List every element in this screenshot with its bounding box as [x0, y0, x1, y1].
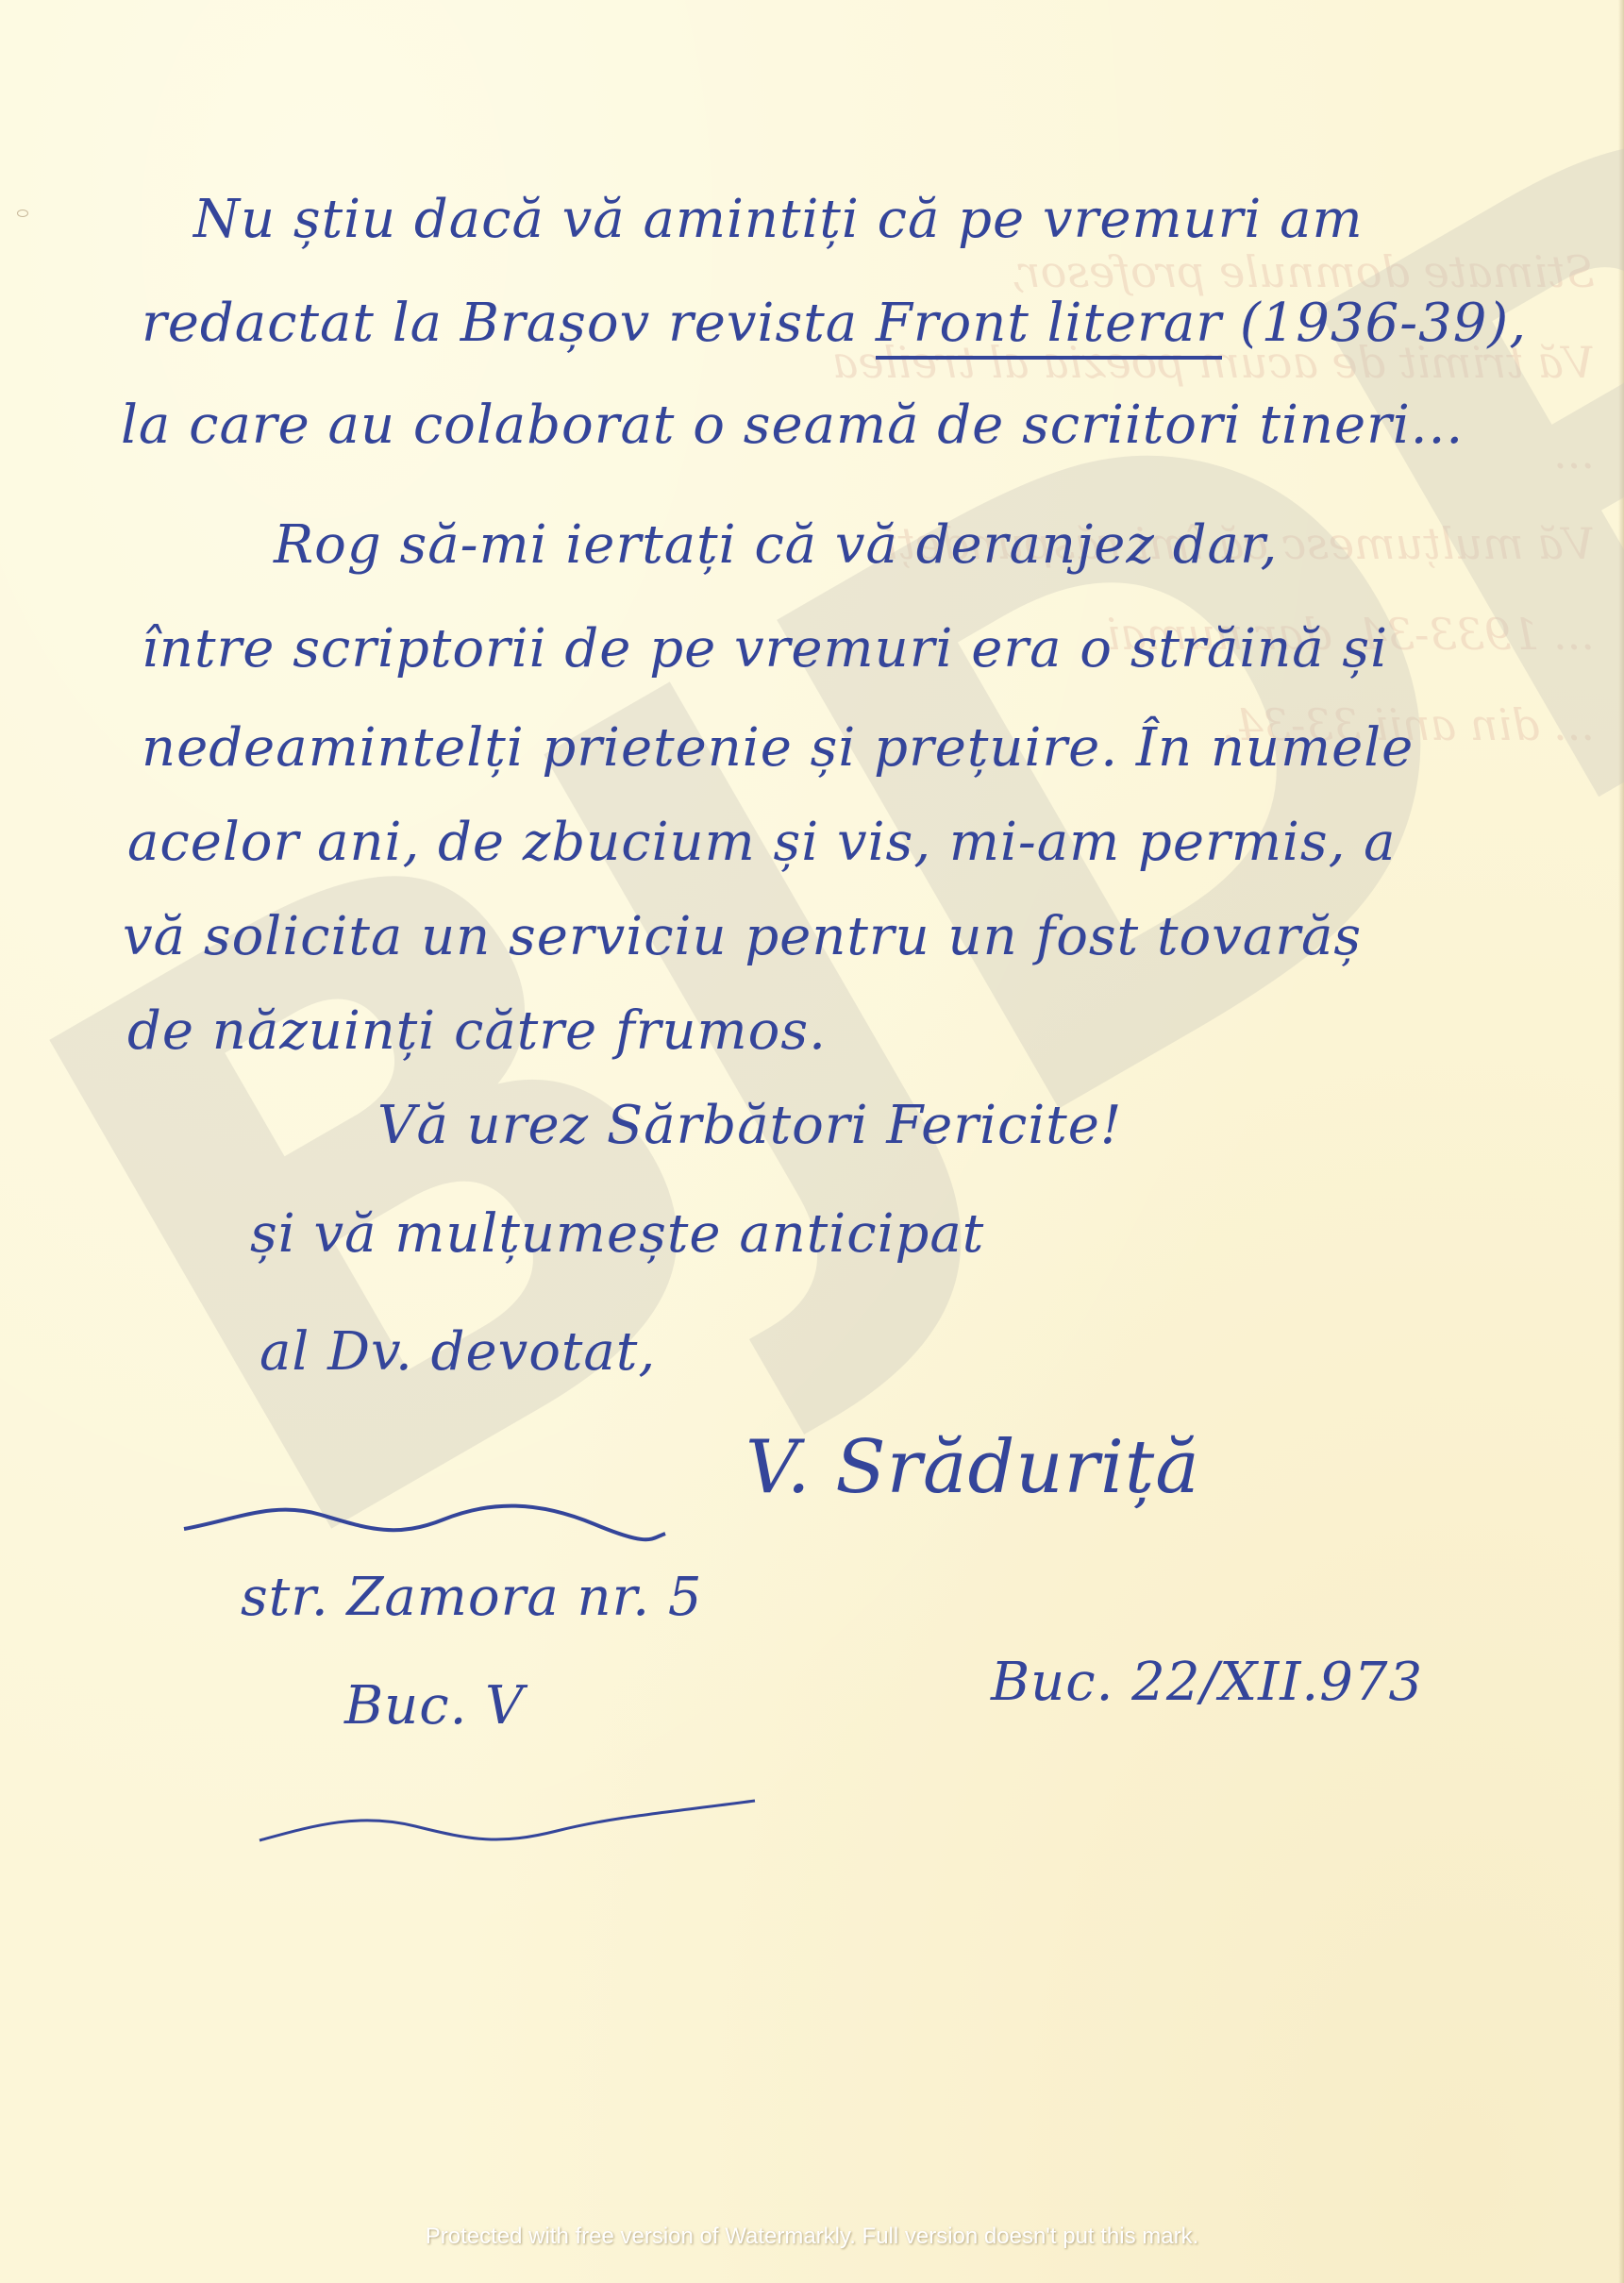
letter-line: Rog să-mi iertați că vă deranjez dar,: [274, 514, 1278, 576]
letter-line: nedeamintelți prietenie și prețuire. În …: [142, 717, 1414, 779]
page-edge: [1618, 0, 1624, 2283]
decorative-squiggle: [179, 1482, 670, 1548]
journal-years: (1936-39),: [1240, 293, 1527, 354]
letter-line: vă solicita un serviciu pentru un fost t…: [123, 906, 1362, 967]
letter-line: acelor ani, de zbucium și vis, mi-am per…: [127, 812, 1397, 873]
letter-text: redactat la Brașov revista: [142, 293, 858, 354]
decorative-squiggle: [255, 1793, 764, 1850]
letter-line: redactat la Brașov revista Front literar…: [142, 293, 1527, 354]
address-street: str. Zamora nr. 5: [241, 1567, 702, 1628]
journal-title: Front literar: [876, 293, 1222, 360]
paper-mark: [17, 210, 28, 217]
closing-devoted: al Dv. devotat,: [260, 1321, 656, 1383]
watermark-footer-note: Protected with free version of Watermark…: [0, 2224, 1624, 2250]
letter-line: de năzuinți către frumos.: [127, 1000, 827, 1062]
address-city: Buc. V: [344, 1675, 525, 1737]
closing-thanks: și vă mulțumește anticipat: [250, 1203, 984, 1265]
signature: V. Srăduriță: [745, 1425, 1200, 1510]
closing-greeting: Vă urez Sărbători Fericite!: [377, 1095, 1122, 1156]
letter-line: între scriptorii de pe vremuri era o str…: [142, 618, 1388, 680]
letter-line: la care au colaborat o seamă de scriitor…: [121, 394, 1464, 456]
letter-line: Nu știu dacă vă amintiți că pe vremuri a…: [193, 189, 1364, 250]
letter-date: Buc. 22/XII.973: [991, 1652, 1423, 1713]
